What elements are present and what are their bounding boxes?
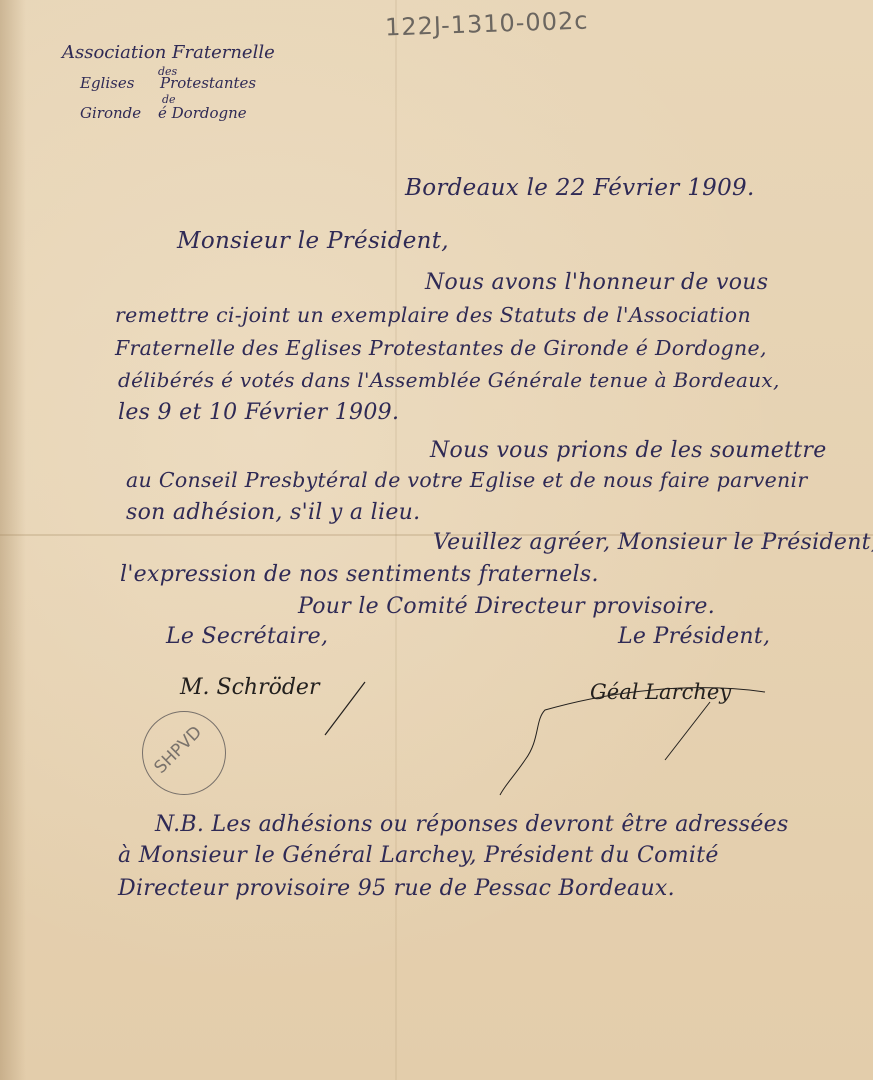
paper-edge-shadow [0,0,26,1080]
signature-flourish-icon [320,680,370,740]
letter-page: 122J-1310-002c Association Fraternelle d… [0,0,873,1080]
letterhead-eglises: Eglises [80,76,134,91]
body-line: au Conseil Presbytéral de votre Eglise e… [126,468,808,492]
letterhead-dordogne: é Dordogne [158,106,247,121]
body-line: Nous vous prions de les soumettre [430,438,827,463]
letterhead: Association Fraternelle des Eglises Prot… [62,44,275,128]
body-line: Veuillez agréer, Monsieur le Président, [433,530,873,555]
signature-flourish-icon [495,680,785,800]
letterhead-protestantes: Protestantes [160,76,256,91]
letterhead-gironde: Gironde [80,106,141,121]
body-line: l'expression de nos sentiments fraternel… [120,562,599,587]
body-line: Fraternelle des Eglises Protestantes de … [115,336,767,360]
shpvd-stamp: SHPVD [142,711,226,795]
body-line: son adhésion, s'il y a lieu. [126,500,420,525]
archive-reference: 122J-1310-002c [385,6,589,41]
nota-bene-line: Directeur provisoire 95 rue de Pessac Bo… [118,876,675,901]
nota-bene-line: à Monsieur le Général Larchey, Président… [118,843,719,868]
nota-bene-line: N.B. Les adhésions ou réponses devront ê… [155,812,789,837]
letterhead-title: Association Fraternelle [62,44,275,62]
body-line: remettre ci-joint un exemplaire des Stat… [115,303,751,327]
vertical-fold-line [395,0,397,1080]
closing-line: Pour le Comité Directeur provisoire. [298,594,715,619]
president-title: Le Président, [618,624,770,649]
date-line: Bordeaux le 22 Février 1909. [405,175,755,201]
body-line: les 9 et 10 Février 1909. [118,400,399,425]
body-line: Nous avons l'honneur de vous [425,270,768,295]
secretary-signature: M. Schröder [180,675,319,700]
salutation: Monsieur le Président, [177,228,449,254]
body-line: délibérés é votés dans l'Assemblée Génér… [118,368,780,392]
secretary-title: Le Secrétaire, [166,624,328,649]
stamp-text: SHPVD [151,722,207,778]
